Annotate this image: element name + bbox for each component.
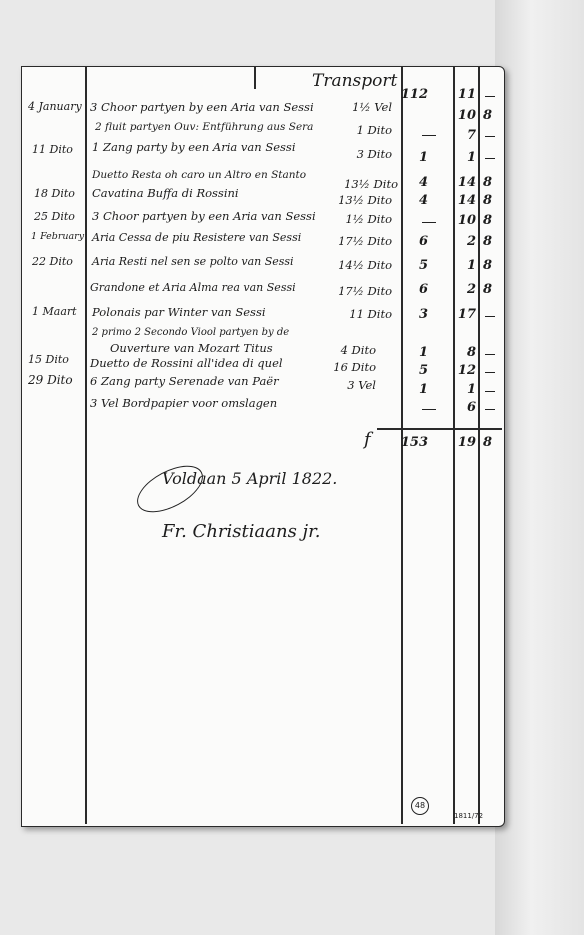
entry-date: 29 Dito	[28, 373, 73, 387]
entry-guilders-dash	[422, 222, 436, 223]
signatory-name: Fr. Christiaans jr.	[162, 521, 320, 542]
entry-stuivers: 6	[467, 400, 476, 415]
entry-stuivers: 14	[458, 175, 476, 190]
entry-description: 3 Vel Bordpapier voor omslagen	[90, 396, 277, 410]
entry-description: 1 Zang party by een Aria van Sessi	[92, 140, 296, 154]
entry-date: 4 January	[28, 100, 82, 113]
entry-penningen: 8	[483, 193, 492, 208]
entry-guilders-dash	[422, 135, 436, 136]
entry-guilders: 4	[419, 193, 428, 208]
entry-guilders: 5	[419, 258, 428, 273]
entry-quantity: 16 Dito	[333, 360, 376, 374]
total-rule	[377, 428, 502, 430]
entry-penningen: 8	[483, 258, 492, 273]
total-penningen: 8	[483, 435, 492, 450]
entry-description: Ouverture van Mozart Titus	[110, 341, 273, 355]
entry-quantity: 3 Dito	[357, 147, 392, 161]
signature-flourish	[130, 456, 210, 522]
entry-guilders: 6	[419, 234, 428, 249]
entry-guilders: 6	[419, 282, 428, 297]
entry-penningen-dash	[485, 391, 495, 392]
entry-quantity: 17½ Dito	[338, 234, 392, 248]
entry-description: Aria Cessa de piu Resistere van Sessi	[92, 231, 301, 244]
ledger-page: Transport 112 11 4 January 3 Choor party…	[21, 66, 505, 827]
entry-penningen: 8	[483, 175, 492, 190]
entry-description: Duetto de Rossini all'idea di quel	[90, 356, 283, 370]
entry-description: 2 primo 2 Secondo Viool partyen by de	[92, 327, 289, 338]
transport-penningen-dash	[485, 96, 495, 97]
entry-penningen-dash	[485, 354, 495, 355]
entry-guilders: 5	[419, 363, 428, 378]
entry-stuivers: 2	[467, 234, 476, 249]
entry-guilders: 4	[419, 175, 428, 190]
entry-penningen-dash	[485, 136, 495, 137]
entry-date: 25 Dito	[34, 210, 75, 223]
transport-stuivers: 11	[458, 87, 476, 102]
entry-stuivers: 10	[458, 108, 476, 123]
entry-stuivers: 1	[467, 258, 476, 273]
date-column-divider	[85, 67, 87, 824]
total-stuivers: 19	[458, 435, 476, 450]
entry-quantity: 1 Dito	[357, 123, 392, 137]
entry-description: Grandone et Aria Alma rea van Sessi	[90, 281, 296, 294]
entry-date: 1 Maart	[32, 305, 77, 318]
total-guilders: 153	[401, 435, 428, 450]
penningen-column-divider	[478, 67, 480, 824]
entry-stuivers: 8	[467, 345, 476, 360]
entry-guilders: 1	[419, 150, 428, 165]
entry-description: 6 Zang party Serenade van Paër	[90, 374, 279, 388]
entry-description: Duetto Resta oh caro un Altro en Stanto	[92, 169, 306, 181]
entry-description: Cavatina Buffa di Rossini	[92, 186, 239, 200]
entry-date: 11 Dito	[32, 143, 73, 156]
entry-penningen-dash	[485, 409, 495, 410]
entry-stuivers: 10	[458, 213, 476, 228]
receipt-date: Voldaan 5 April 1822.	[162, 469, 337, 488]
entry-description: Polonais par Winter van Sessi	[92, 305, 266, 319]
entry-penningen: 8	[483, 234, 492, 249]
entry-date: 18 Dito	[34, 187, 75, 200]
archive-reference: 1811/72	[454, 812, 483, 820]
entry-guilders: 1	[419, 345, 428, 360]
entry-penningen-dash	[485, 158, 495, 159]
entry-penningen: 8	[483, 213, 492, 228]
entry-stuivers: 12	[458, 363, 476, 378]
entry-quantity: 1½ Dito	[345, 212, 392, 226]
header-tick	[254, 67, 256, 89]
entry-penningen-dash	[485, 372, 495, 373]
stuivers-column-divider	[453, 67, 455, 824]
entry-description: 3 Choor partyen by een Aria van Sessi	[90, 100, 314, 114]
entry-stuivers: 1	[467, 150, 476, 165]
background-shadow	[495, 0, 584, 935]
entry-penningen-dash	[485, 316, 495, 317]
entry-quantity: 14½ Dito	[338, 258, 392, 272]
entry-quantity: 13½ Dito	[338, 193, 392, 207]
transport-heading: Transport	[312, 71, 397, 91]
entry-penningen: 8	[483, 108, 492, 123]
transport-guilders: 112	[401, 87, 428, 102]
entry-stuivers: 1	[467, 382, 476, 397]
entry-penningen: 8	[483, 282, 492, 297]
entry-guilders-dash	[422, 409, 436, 410]
entry-date: 1 February	[31, 231, 84, 242]
entry-stuivers: 7	[467, 128, 476, 143]
entry-date: 22 Dito	[32, 255, 73, 268]
entry-quantity: 13½ Dito	[344, 177, 398, 191]
entry-description: Aria Resti nel sen se polto van Sessi	[92, 255, 294, 268]
entry-description: 3 Choor partyen by een Aria van Sessi	[92, 209, 316, 223]
entry-quantity: 1½ Vel	[352, 100, 392, 114]
folio-stamp: 48	[411, 797, 429, 815]
florin-symbol: f	[364, 429, 371, 450]
entry-description: 2 fluit partyen Ouv: Entführung aus Sera	[95, 121, 313, 133]
entry-quantity: 4 Dito	[341, 343, 376, 357]
entry-quantity: 17½ Dito	[338, 284, 392, 298]
entry-quantity: 11 Dito	[349, 307, 392, 321]
entry-stuivers: 2	[467, 282, 476, 297]
entry-quantity: 3 Vel	[347, 378, 376, 392]
entry-date: 15 Dito	[28, 353, 69, 366]
entry-guilders: 3	[419, 307, 428, 322]
entry-stuivers: 17	[458, 307, 476, 322]
entry-guilders: 1	[419, 382, 428, 397]
entry-stuivers: 14	[458, 193, 476, 208]
